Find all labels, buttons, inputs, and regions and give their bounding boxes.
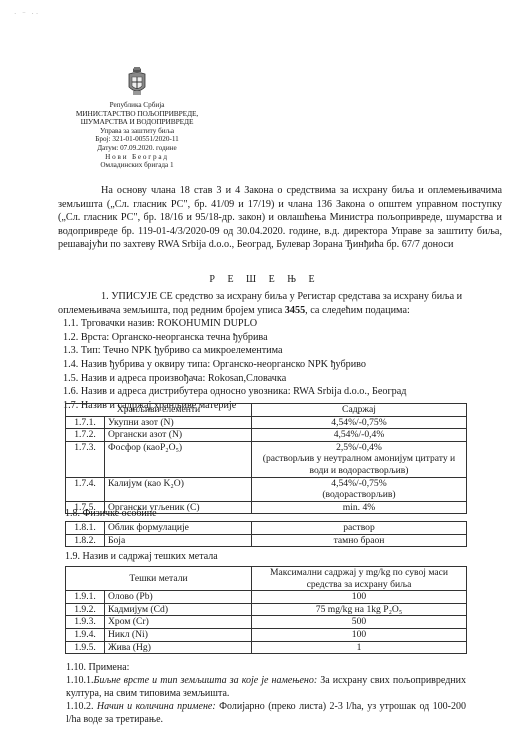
physical-table: 1.8.1.Облик формулацијераствор1.8.2.Боја…: [65, 521, 467, 547]
row-value: 1: [252, 641, 467, 654]
item-label: Биљне врсте и тип земљишта за које је на…: [94, 675, 318, 686]
row-number: 1.9.1.: [66, 591, 105, 604]
table-row: 1.9.4.Никл (Ni)100: [66, 628, 467, 641]
metals-table: Тешки метали Максимални садржај у mg/kg …: [65, 566, 467, 654]
row-number: 1.7.4.: [66, 477, 105, 501]
row-value: 100: [252, 591, 467, 604]
row-number: 1.7.1.: [66, 416, 105, 429]
row-value: раствор: [252, 522, 467, 535]
row-value: тамно браон: [252, 534, 467, 547]
row-value: min. 4%: [252, 501, 467, 514]
physical-label: 1.8. Физичке особине: [65, 508, 157, 519]
value-text: 500: [255, 616, 463, 628]
column-header: Тешки метали: [66, 567, 252, 591]
table-row: 1.7.4.Калијум (као K₂O)4,54%/-0,75%(водо…: [66, 477, 467, 501]
table-row: 1.9.1.Олово (Pb)100: [66, 591, 467, 604]
item-number: 1.10.1.: [66, 675, 94, 686]
row-name: Жива (Hg): [105, 641, 252, 654]
row-name: Облик формулације: [105, 522, 252, 535]
metals-label: 1.9. Назив и садржај тешких метала: [65, 551, 218, 562]
column-header: Хранљиви елементи: [66, 404, 252, 417]
row-number: 1.8.1.: [66, 522, 105, 535]
item-trade-name: 1.1. Трговачки назив: ROKOHUMIN DUPLO: [58, 317, 502, 331]
lead-text-end: , са следећим подацима:: [305, 305, 410, 316]
directorate: Управа за заштиту биља: [62, 127, 212, 136]
value-note: (растворљив у неутралном амонијум цитрат…: [255, 453, 463, 476]
item-fertilizer-name: 1.4. Назив ђубрива у оквиру типа: Органс…: [58, 358, 502, 372]
row-value: 4,54%/-0,75%(водорастворљив): [252, 477, 467, 501]
application-section: 1.10. Примена: 1.10.1.Биљне врсте и тип …: [66, 661, 466, 726]
value-text: 4,54%/-0,75%: [255, 478, 463, 490]
city: Нови Београд: [62, 153, 212, 162]
table-row: 1.7.2.Органски азот (N)4,54%/-0,4%: [66, 429, 467, 442]
row-name: Олово (Pb): [105, 591, 252, 604]
value-text: 1: [255, 642, 463, 654]
row-name: Калијум (као K₂O): [105, 477, 252, 501]
item-label: Начин и количина примене:: [97, 701, 216, 712]
value-text: 100: [255, 629, 463, 641]
scan-artifact: · ⁻ ··: [14, 10, 40, 18]
table-header-row: Хранљиви елементи Садржај: [66, 404, 467, 417]
row-number: 1.9.4.: [66, 628, 105, 641]
table-row: 1.9.5.Жива (Hg)1: [66, 641, 467, 654]
letterhead: Република Србија МИНИСТАРСТВО ПОЉОПРИВРЕ…: [62, 65, 212, 170]
item-type: 1.2. Врста: Органско-неорганска течна ђу…: [58, 331, 502, 345]
row-name: Кадмијум (Cd): [105, 603, 252, 616]
row-name: Никл (Ni): [105, 628, 252, 641]
row-name: Хром (Cr): [105, 616, 252, 629]
row-value: 500: [252, 616, 467, 629]
row-value: 75 mg/kg на 1kg P₂O₅: [252, 603, 467, 616]
row-number: 1.9.5.: [66, 641, 105, 654]
nutrients-table: Хранљиви елементи Садржај 1.7.1.Укупни а…: [65, 403, 467, 514]
item-distributor: 1.6. Назив и адреса дистрибутера односно…: [58, 385, 502, 399]
item-manufacturer: 1.5. Назив и адреса произвођача: Rokosan…: [58, 372, 502, 386]
row-number: 1.9.3.: [66, 616, 105, 629]
row-value: 2,5%/-0,4%(растворљив у неутралном амони…: [252, 441, 467, 477]
section-1: 1. УПИСУЈЕ СЕ средство за исхрану биља у…: [58, 290, 502, 412]
row-number: 1.7.2.: [66, 429, 105, 442]
row-number: 1.7.3.: [66, 441, 105, 477]
item-subtype: 1.3. Тип: Течно NPK ђубриво са микроелем…: [58, 344, 502, 358]
row-value: 4,54%/-0,4%: [252, 429, 467, 442]
ministry-line2: ШУМАРСТВА И ВОДОПРИВРЕДЕ: [62, 118, 212, 127]
value-text: 2,5%/-0,4%: [255, 442, 463, 454]
column-header: Садржај: [252, 404, 467, 417]
table-row: 1.7.1.Укупни азот (N)4,54%/-0,75%: [66, 416, 467, 429]
section-1-lead: 1. УПИСУЈЕ СЕ средство за исхрану биља у…: [58, 290, 502, 317]
decision-title: Р Е Ш Е Њ Е: [0, 274, 529, 285]
table-row: 1.8.1.Облик формулацијераствор: [66, 522, 467, 535]
row-name: Органски азот (N): [105, 429, 252, 442]
coat-of-arms-icon: [126, 65, 148, 99]
value-text: 75 mg/kg на 1kg P₂O₅: [255, 604, 463, 616]
application-item-2: 1.10.2. Начин и количина примене: Фолија…: [66, 700, 466, 726]
row-value: 100: [252, 628, 467, 641]
table-row: 1.7.3.Фосфор (каоP₂O₅)2,5%/-0,4%(раствор…: [66, 441, 467, 477]
table-row: 1.9.2.Кадмијум (Cd)75 mg/kg на 1kg P₂O₅: [66, 603, 467, 616]
value-text: 4,54%/-0,4%: [255, 429, 463, 441]
value-text: тамно браон: [255, 535, 463, 547]
row-name: Боја: [105, 534, 252, 547]
value-text: min. 4%: [255, 502, 463, 514]
table-row: 1.9.3.Хром (Cr)500: [66, 616, 467, 629]
document-number: Број: 321-01-00551/2020-11: [62, 135, 212, 144]
column-header: Максимални садржај у mg/kg по сувој маси…: [252, 567, 467, 591]
value-text: 100: [255, 591, 463, 603]
application-item-1: 1.10.1.Биљне врсте и тип земљишта за кој…: [66, 674, 466, 700]
row-value: 4,54%/-0,75%: [252, 416, 467, 429]
value-text: раствор: [255, 522, 463, 534]
value-text: 4,54%/-0,75%: [255, 417, 463, 429]
document-date: Датум: 07.09.2020. године: [62, 144, 212, 153]
street: Омладинских бригада 1: [62, 161, 212, 170]
row-number: 1.8.2.: [66, 534, 105, 547]
row-name: Укупни азот (N): [105, 416, 252, 429]
registry-number: 3455: [285, 305, 305, 316]
row-number: 1.9.2.: [66, 603, 105, 616]
application-label: 1.10. Примена:: [66, 661, 466, 674]
table-header-row: Тешки метали Максимални садржај у mg/kg …: [66, 567, 467, 591]
value-note: (водорастворљив): [255, 489, 463, 501]
item-number: 1.10.2.: [66, 701, 97, 712]
intro-paragraph: На основу члана 18 став 3 и 4 Закона о с…: [58, 184, 502, 252]
table-row: 1.8.2.Бојатамно браон: [66, 534, 467, 547]
row-name: Фосфор (каоP₂O₅): [105, 441, 252, 477]
